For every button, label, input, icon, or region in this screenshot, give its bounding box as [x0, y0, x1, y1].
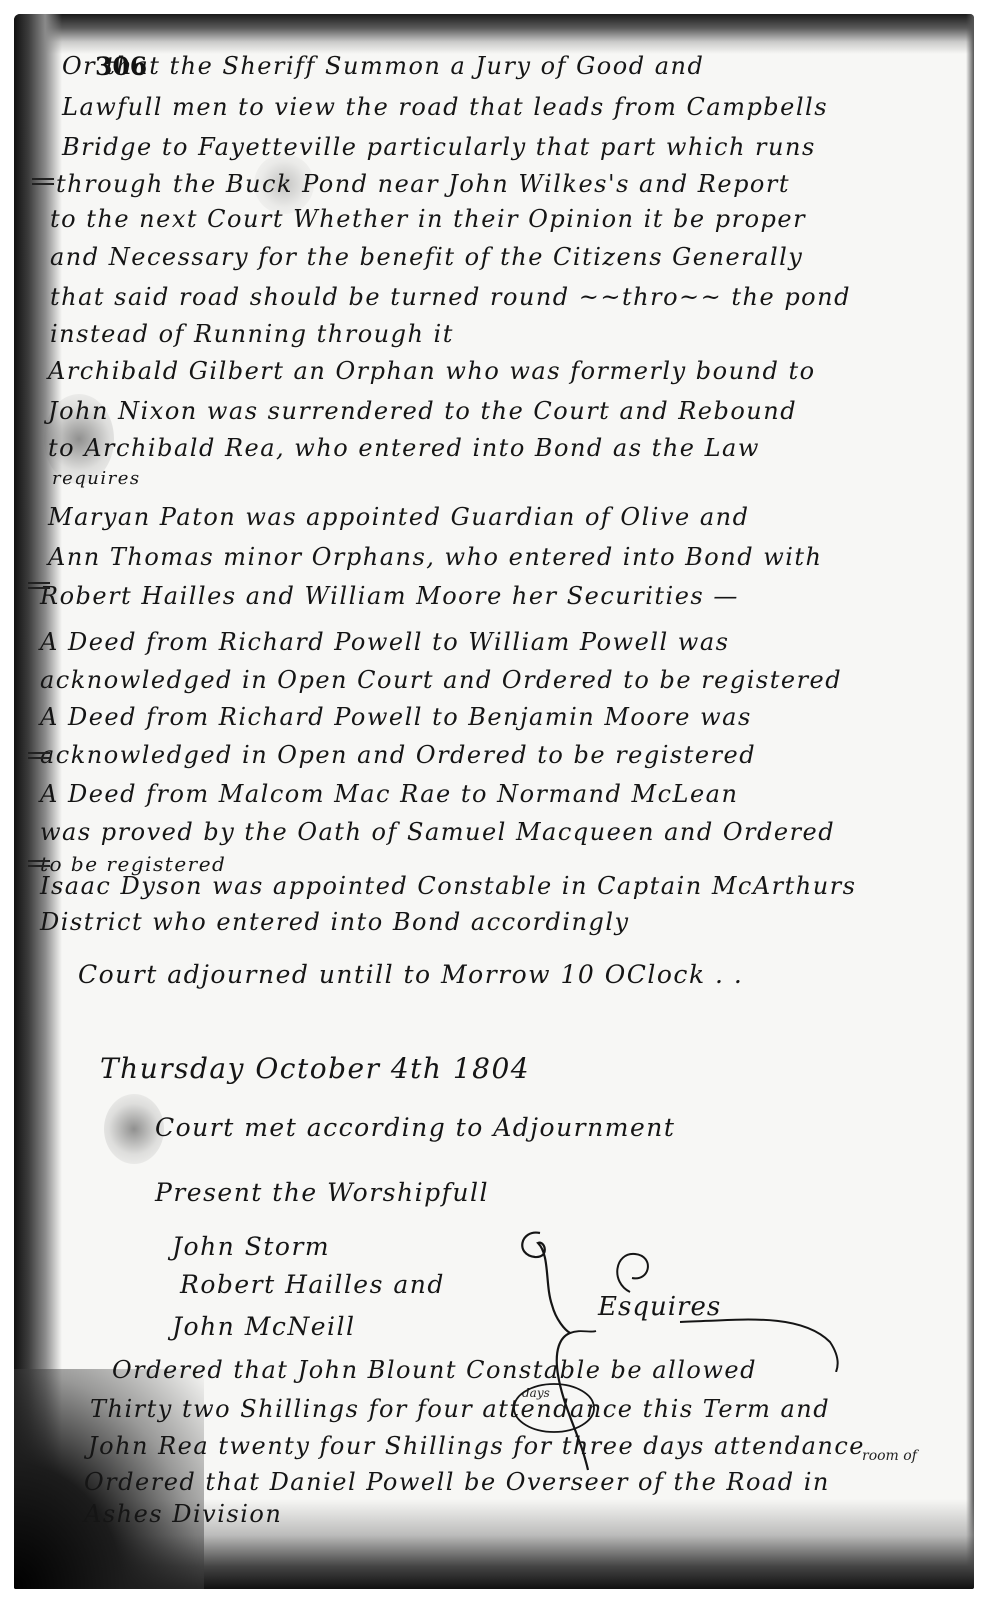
- entry-deed-benjamin-line-2: acknowledged in Open and Ordered to be r…: [40, 741, 756, 769]
- entry-road-jury-line-8: instead of Running through it: [50, 320, 454, 348]
- entry-allowance-line-3: John Rea twenty four Shillings for three…: [88, 1432, 865, 1460]
- margin-mark: [28, 860, 50, 862]
- entry-allowance-line-1: Ordered that John Blount Constable be al…: [112, 1356, 757, 1384]
- margin-mark: [28, 582, 50, 584]
- entry-deed-benjamin-line-1: A Deed from Richard Powell to Benjamin M…: [40, 703, 752, 731]
- session-date: Thursday October 4th 1804: [100, 1052, 530, 1085]
- entry-deed-william-line-1: A Deed from Richard Powell to William Po…: [40, 628, 729, 656]
- entry-guardian-line-2: Ann Thomas minor Orphans, who entered in…: [48, 543, 823, 571]
- entry-road-jury-line-2: Lawfull men to view the road that leads …: [62, 93, 828, 121]
- entry-constable-line-2: District who entered into Bond according…: [40, 908, 630, 936]
- justice-name-2: Robert Hailles and: [180, 1270, 445, 1299]
- entry-road-jury-line-7: that said road should be turned round ~~…: [50, 283, 851, 311]
- margin-mark: [28, 752, 50, 754]
- justices-title: Esquires: [598, 1292, 721, 1322]
- margin-mark: [32, 178, 54, 180]
- justice-name-3: John McNeill: [172, 1312, 355, 1341]
- entry-guardian-line-3: Robert Hailles and William Moore her Sec…: [40, 582, 739, 610]
- interlinear-room-of: room of: [862, 1448, 917, 1464]
- entry-adjournment: Court adjourned untill to Morrow 10 OClo…: [78, 960, 743, 989]
- entry-road-jury-line-5: to the next Court Whether in their Opini…: [50, 205, 806, 233]
- entry-overseer-line-1: Ordered that Daniel Powell be Overseer o…: [84, 1468, 830, 1496]
- entry-allowance-line-2: Thirty two Shillings for four attendance…: [90, 1395, 830, 1423]
- entry-guardian-line-1: Maryan Paton was appointed Guardian of O…: [48, 503, 749, 531]
- entry-deed-william-line-2: acknowledged in Open Court and Ordered t…: [40, 666, 842, 694]
- session-court-met: Court met according to Adjournment: [155, 1113, 675, 1142]
- entry-road-jury-line-3: Bridge to Fayetteville particularly that…: [62, 133, 816, 161]
- entry-overseer-line-2: Ashes Division: [84, 1500, 282, 1528]
- scan-shadow-top: [14, 14, 974, 54]
- entry-deed-macrae-line-2: was proved by the Oath of Samuel Macquee…: [40, 818, 835, 846]
- entry-orphan-line-3: to Archibald Rea, who entered into Bond …: [48, 434, 760, 462]
- entry-orphan-line-1: Archibald Gilbert an Orphan who was form…: [48, 357, 816, 385]
- entry-orphan-line-4: requires: [52, 468, 141, 489]
- session-present: Present the Worshipfull: [155, 1178, 489, 1207]
- entry-constable-line-1: Isaac Dyson was appointed Constable in C…: [40, 872, 856, 900]
- justice-name-1: John Storm: [172, 1232, 330, 1261]
- entry-road-jury-line-1: Or that the Sheriff Summon a Jury of Goo…: [62, 52, 704, 80]
- entry-road-jury-line-4: through the Buck Pond near John Wilkes's…: [56, 170, 790, 198]
- entry-road-jury-line-6: and Necessary for the benefit of the Cit…: [50, 243, 803, 271]
- entry-orphan-line-2: John Nixon was surrendered to the Court …: [48, 397, 797, 425]
- entry-deed-macrae-line-1: A Deed from Malcom Mac Rae to Normand Mc…: [40, 780, 738, 808]
- scan-shadow-right: [966, 14, 974, 1589]
